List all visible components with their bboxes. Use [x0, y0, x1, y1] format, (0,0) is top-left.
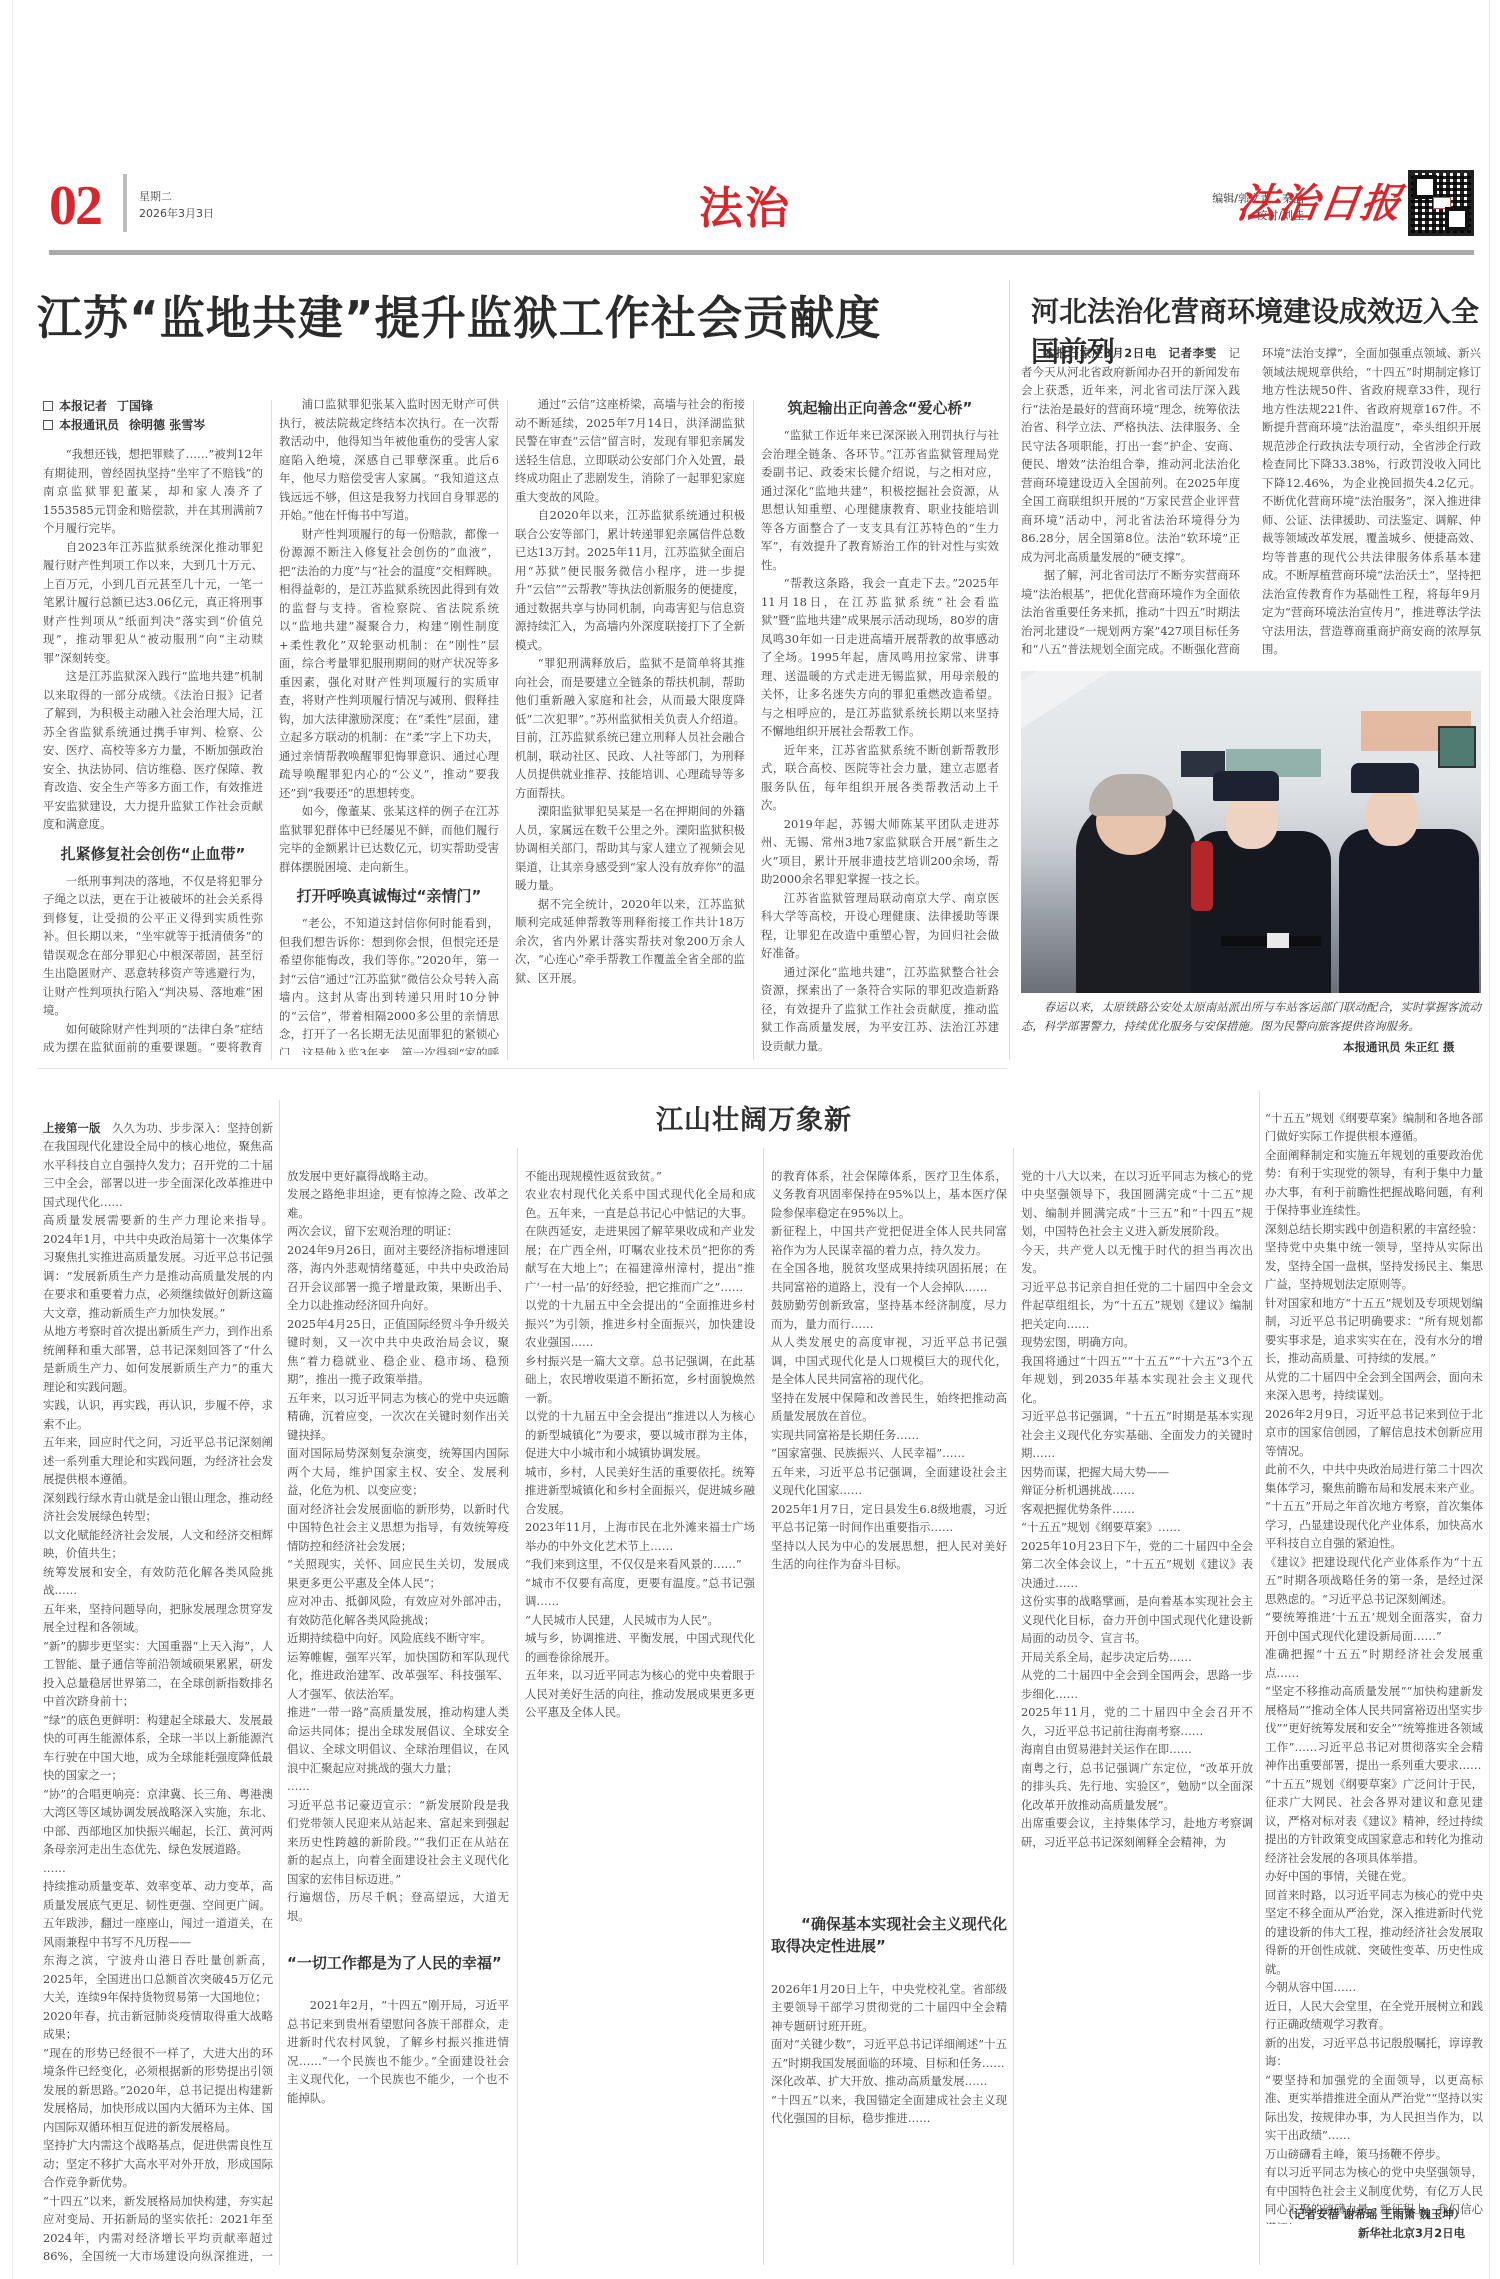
- main-article-col1: “我想还钱，想把罪赎了……”被判12年有期徒刑，曾经固执坚持“坐牢了不赔钱”的南…: [43, 445, 263, 1055]
- paragraph: 这是江苏监狱深入践行“监地共建”机制以来取得的一部分成绩。《法治日报》记者了解到…: [43, 667, 263, 834]
- news-photo: [1021, 671, 1481, 993]
- subheading: “一切工作都是为了人民的幸福”: [287, 1952, 509, 1974]
- dateline-signature: 新华社北京3月2日电: [1265, 2224, 1465, 2243]
- qr-code-icon[interactable]: [1408, 170, 1474, 236]
- date: 2026年3月3日: [139, 205, 214, 222]
- bottom-col3: 不能出现规模性返贫致贫。” 农业农村现代化关系中国式现代化全局和成色。五年来，一…: [525, 1148, 755, 2265]
- column-divider: [507, 400, 508, 1060]
- paragraph: 不能出现规模性返贫致贫。” 农业农村现代化关系中国式现代化全局和成色。五年来，一…: [525, 1167, 755, 1722]
- paragraph: 的教育体系，社会保障体系，医疗卫生体系，义务教育巩固率保持在95%以上，基本医疗…: [771, 1167, 1007, 1887]
- paragraph: “我想还钱，想把罪赎了……”被判12年有期徒刑，曾经固执坚持“坐牢了不赔钱”的南…: [43, 445, 263, 538]
- paragraph: 通过深化“监地共建”，江苏监狱整合社会资源，探索出了一条符合实际的罪犯改造新路径…: [761, 963, 999, 1056]
- continued-label: 上接第一版: [43, 1121, 101, 1135]
- issue-date: 星期二 2026年3月3日: [139, 188, 214, 222]
- photo-credit: 本报通讯员 朱正红 摄: [1343, 1039, 1455, 1055]
- section-title: 法治: [699, 172, 791, 236]
- bottom-col1: 上接第一版 久久为功、步步深入：坚持创新在我国现代化建设全局中的核心地位，聚焦高…: [43, 1100, 273, 2265]
- paragraph: 自2020年以来，江苏监狱系统通过积极联合公安等部门，累计转递罪犯亲属信件总数已…: [515, 506, 745, 654]
- paragraph: 2021年2月，“十四五”刚开局，习近平总书记来到贵州看望慰问各族干部群众，走进…: [287, 1996, 509, 2107]
- byline-label: 本报通讯员: [59, 418, 119, 432]
- reporter-signature: （记者安蓓 谢希瑶 王雨萧 魏玉坤）: [1265, 2205, 1465, 2224]
- paragraph: “罪犯刑满释放后，监狱不是简单将其推向社会，而是要建立全链条的帮扶机制，帮助他们…: [515, 654, 745, 802]
- paragraph: 通过“云信”这座桥梁，高墙与社会的衔接动不断延续，2025年7月14日，洪泽湖监…: [515, 395, 745, 506]
- paragraph: 如今，像董某、张某这样的例子在江苏监狱罪犯群体中已经屡见不鲜，而他们履行完毕的金…: [279, 802, 499, 876]
- main-article-col4: 筑起输出正向善念“爱心桥” “监狱工作近年来已深深嵌入刑罚执行与社会治理全链条、…: [761, 395, 999, 1055]
- paragraph: 久久为功、步步深入：坚持创新在我国现代化建设全局中的核心地位，聚焦高水平科技自立…: [43, 1121, 273, 2266]
- paragraph: “老公，不知道这封信你何时能看到，但我们想告诉你：想到你会恨，但恨完还是希望你能…: [279, 914, 499, 1055]
- paragraph: 一纸刑事判决的落地，不仅是将犯罪分子绳之以法，更在于让被破坏的社会关系得到修复，…: [43, 872, 263, 1020]
- column-divider: [763, 1148, 764, 2265]
- byline-name: 丁国锋: [117, 399, 153, 413]
- byline-name: 徐明德 张雪岑: [129, 418, 205, 432]
- signature-block: （记者安蓓 谢希瑶 王雨萧 魏玉坤） 新华社北京3月2日电: [1265, 2205, 1465, 2255]
- subheading: 扎紧修复社会创伤“止血带”: [43, 841, 263, 867]
- subheading: 打开呼唤真诚悔过“亲情门”: [279, 883, 499, 909]
- newspaper-logo: 法治日报: [1234, 172, 1406, 229]
- paragraph: 近年来，江苏省监狱系统不断创新帮教形式，联合高校、医院等社会力量，建立志愿者服务…: [761, 741, 999, 815]
- paragraph: 浦口监狱罪犯张某入监时因无财产可供执行，被法院裁定终结本次执行。在一次帮教活动中…: [279, 395, 499, 525]
- column-divider: [279, 1100, 280, 2265]
- paragraph: 2019年起，苏锡大师陈某平团队走进苏州、无锡、常州3地7家监狱联合开展“新生之…: [761, 815, 999, 889]
- paragraph: 据不完全统计，2020年以来，江苏监狱顺利完成延伸帮教等刑释衔接工作共计18万余…: [515, 895, 745, 988]
- paragraph: “十五五”规划《纲要草案》编制和各地各部门做好实际工作提供根本遵循。 全面阐释制…: [1265, 1109, 1483, 2224]
- column-divider: [271, 400, 272, 1060]
- byline: 本报记者丁国锋 本报通讯员徐明德 张雪岑: [43, 397, 205, 435]
- paragraph: 放发展中更好赢得战略主动。 发展之路绝非坦途，更有惊涛之险、改革之难。 两次会议…: [287, 1167, 509, 1926]
- square-bullet-icon: [43, 420, 53, 430]
- bottom-col5: 党的十八大以来，在以习近平同志为核心的党中央坚强领导下，我国圆满完成“十二五”规…: [1021, 1148, 1253, 2265]
- subheading: 筑起输出正向善念“爱心桥”: [761, 395, 999, 421]
- bottom-col6: “十五五”规划《纲要草案》编制和各地各部门做好实际工作提供根本遵循。 全面阐释制…: [1265, 1090, 1483, 2265]
- masthead-rule: [49, 250, 1474, 255]
- bottom-headline: 江山壮阔万象新: [656, 1098, 852, 1137]
- main-article-col2: 浦口监狱罪犯张某入监时因无财产可供执行，被法院裁定终结本次执行。在一次帮教活动中…: [279, 395, 499, 1055]
- column-divider: [1009, 280, 1010, 1060]
- main-headline: 江苏“监地共建”提升监狱工作社会贡献度: [37, 282, 881, 348]
- paragraph: “帮教这条路，我会一直走下去。”2025年11月18日，在江苏监狱系统“社会看监…: [761, 574, 999, 741]
- dateline: 本报石家庄3月2日电 记者李雯: [1044, 346, 1217, 360]
- masthead-divider: [123, 174, 127, 232]
- paragraph: 记者今天从河北省政府新闻办召开的新闻发布会上获悉，近年来，河北省司法厅深入践行“…: [1021, 346, 1240, 564]
- paragraph: 2026年1月20日上午，中央党校礼堂。省部级主要领导干部学习贯彻党的二十届四中…: [771, 1980, 1007, 2128]
- column-divider: [1259, 1090, 1260, 2265]
- paragraph: 党的十八大以来，在以习近平同志为核心的党中央坚强领导下，我国圆满完成“十二五”规…: [1021, 1167, 1253, 1852]
- paragraph: 自2023年江苏监狱系统深化推动罪犯履行财产性判项工作以来，大到几十万元、上百万…: [43, 538, 263, 668]
- paragraph: 财产性判项履行的每一份赔款，都像一份源源不断注入修复社会创伤的“血液”，把“法治…: [279, 525, 499, 803]
- byline-label: 本报记者: [59, 399, 107, 413]
- square-bullet-icon: [43, 401, 53, 411]
- column-divider: [753, 400, 754, 1060]
- bottom-col2: 放发展中更好赢得战略主动。 发展之路绝非坦途，更有惊涛之险、改革之难。 两次会议…: [287, 1148, 509, 2265]
- masthead: 02 星期二 2026年3月3日 法治 编辑/郭文青 秦晶 校对/刘佳 法治日报: [49, 170, 1474, 250]
- section-divider: [37, 1068, 1007, 1069]
- paragraph: 江苏省监狱管理局联动南京大学、南京医科大学等高校，开设心理健康、法律援助等课程，…: [761, 889, 999, 963]
- page-number: 02: [49, 178, 101, 234]
- weekday: 星期二: [139, 188, 214, 205]
- main-article-col3: 通过“云信”这座桥梁，高墙与社会的衔接动不断延续，2025年7月14日，洪泽湖监…: [515, 395, 745, 1055]
- photo-caption: 春运以来，太原铁路公安处太原南站派出所与车站客运部门联动配合，实时掌握客流动态，…: [1021, 998, 1481, 1036]
- paragraph: 溧阳监狱罪犯吴某是一名在押期间的外籍人员，家属远在数千公里之外。溧阳监狱积极协调…: [515, 802, 745, 895]
- subheading: “确保基本实现社会主义现代化取得决定性进展”: [771, 1913, 1007, 1957]
- paragraph: “监狱工作近年来已深深嵌入刑罚执行与社会治理全链条、各环节。”江苏省监狱管理局党…: [761, 426, 999, 574]
- column-divider: [517, 1148, 518, 2265]
- bottom-col4: 的教育体系，社会保障体系，医疗卫生体系，义务教育巩固率保持在95%以上，基本医疗…: [771, 1148, 1007, 2265]
- paragraph: 如何破除财产性判项的“法律白条”症结成为摆在监狱面前的重要课题。“要将教育感化与…: [43, 1020, 263, 1056]
- column-divider: [1013, 1148, 1014, 2265]
- hebei-article-body: 本报石家庄3月2日电 记者李雯 记者今天从河北省政府新闻办召开的新闻发布会上获悉…: [1021, 344, 1481, 664]
- newspaper-page: 02 星期二 2026年3月3日 法治 编辑/郭文青 秦晶 校对/刘佳 法治日报…: [12, 0, 1490, 2279]
